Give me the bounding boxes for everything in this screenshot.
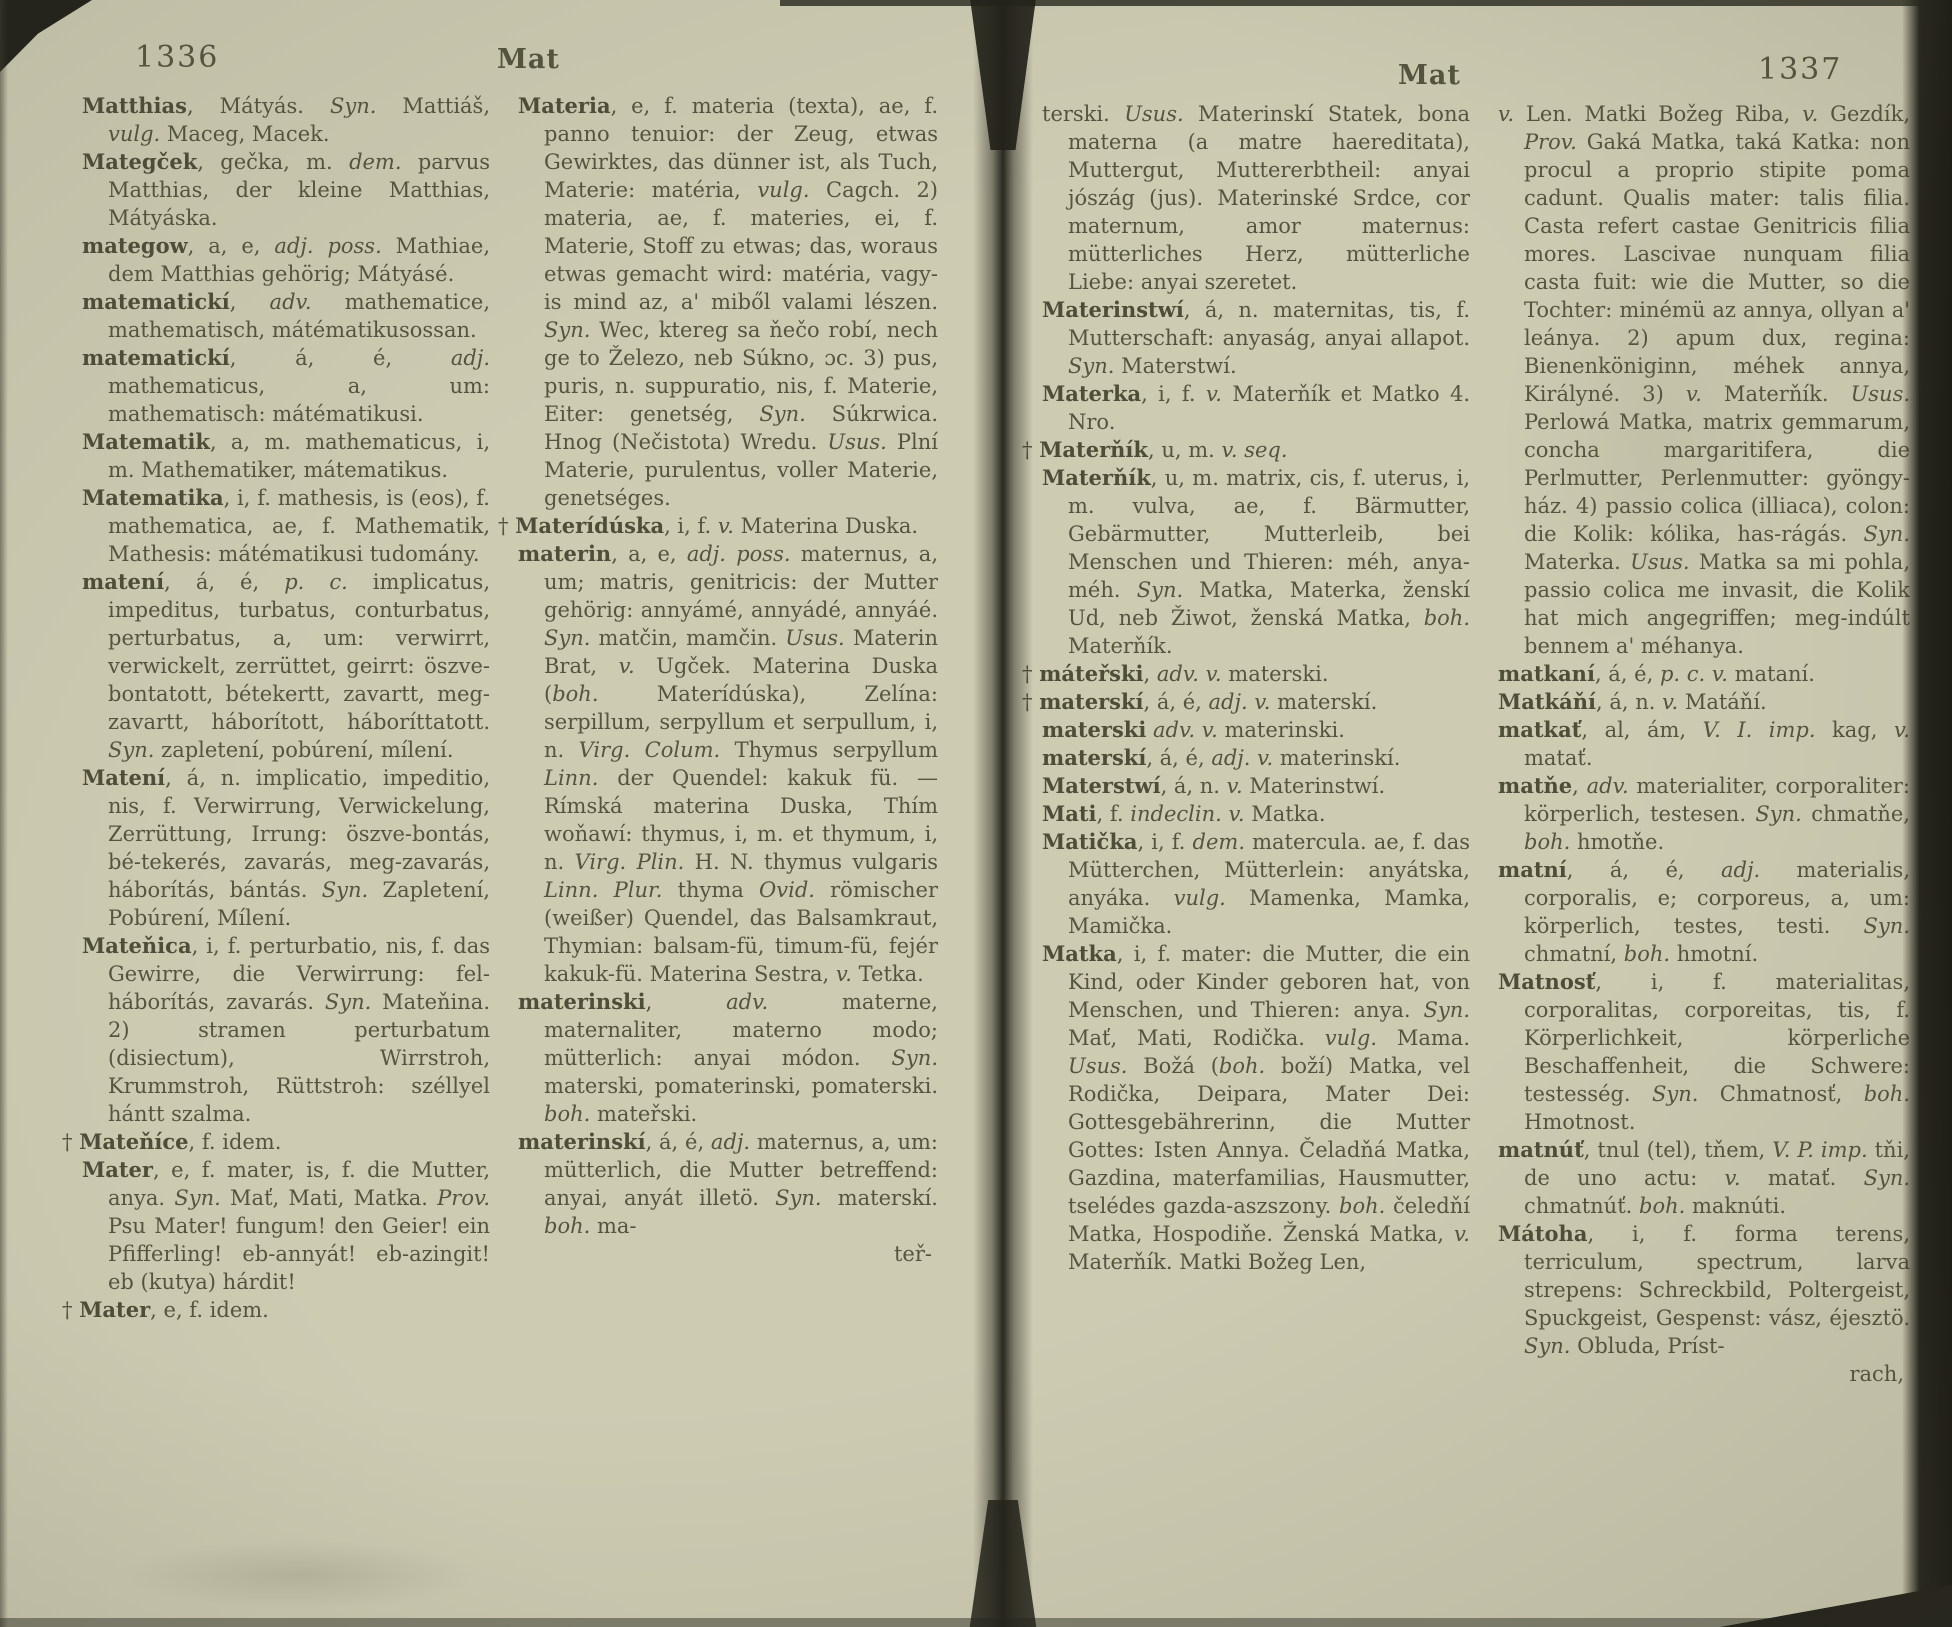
entry-headword: matkať [1498, 717, 1581, 742]
entry-headword: matnúť [1498, 1137, 1584, 1162]
entry-body: , u, m. matrix, cis, f. uterus, i, m. vu… [1068, 466, 1470, 658]
entry-headword: materinski [518, 989, 646, 1014]
dictionary-entry: Matnosť, i, f. materialitas, corporalita… [1498, 968, 1910, 1136]
dictionary-entry: Matička, i, f. dem. matercula. ae, f. da… [1042, 828, 1470, 940]
entry-headword: materinskí [518, 1129, 646, 1154]
entry-headword: materskí [1042, 745, 1146, 770]
dictionary-entry: † Mater, e, f. idem. [82, 1296, 490, 1324]
entry-body: , á, é, adj. v. materinskí. [1146, 746, 1400, 770]
dagger-mark: † [1022, 690, 1039, 714]
entry-body: , u, m. v. seq. [1148, 438, 1288, 462]
dictionary-entry: materin, a, e, adj. poss. maternus, a, u… [518, 540, 938, 988]
dictionary-entry: † máteřski, adv. v. materski. [1042, 660, 1470, 688]
entry-headword: matní [1498, 857, 1567, 882]
running-head-left: Mat [497, 44, 560, 75]
entry-headword: Materka [1042, 381, 1141, 406]
entry-headword: matňe [1498, 773, 1572, 798]
scan-corner-artifact-top-left [0, 0, 100, 80]
entry-continuation: terski. Usus. Materinskí Statek, bona ma… [1042, 100, 1470, 296]
dictionary-entry: matnúť, tnul (tel), tňem, V. P. imp. tňi… [1498, 1136, 1910, 1220]
dictionary-entry: Matka, i, f. mater: die Mutter, die ein … [1042, 940, 1470, 1276]
dictionary-entry: Matthias, Mátyás. Syn. Mattiáš, vulg. Ma… [82, 92, 490, 148]
catchword: rach, [1498, 1360, 1910, 1388]
entry-headword: Materinstwí [1042, 297, 1184, 322]
dictionary-entry: Materia, e, f. materia (texta), ae, f. p… [518, 92, 938, 512]
entry-headword: Materstwí [1042, 773, 1161, 798]
entry-headword: Matematika [82, 485, 224, 510]
entry-headword: Matka [1042, 941, 1117, 966]
entry-body: , adv. v. materski. [1144, 662, 1329, 686]
scan-corner-artifact-bottom-right [1720, 1585, 1952, 1627]
entry-body: , á, é, p. c. v. mataní. [1595, 662, 1815, 686]
entry-continuation: v. Len. Matki Božeg Riba, v. Gezdík, Pro… [1498, 100, 1910, 660]
entry-headword: matematickí [82, 289, 230, 314]
dictionary-entry: Mater, e, f. mater, is, f. die Mutter, a… [82, 1156, 490, 1296]
entry-body: , f. indeclin. v. Matka. [1097, 802, 1326, 826]
dictionary-entry: matkať, al, ám, V. I. imp. kag, v. matať… [1498, 716, 1910, 772]
entry-headword: matení [82, 569, 164, 594]
dictionary-entry: matematickí, adv. mathematice, mathemati… [82, 288, 490, 344]
dictionary-entry: materinskí, á, é, adj. maternus, a, um: … [518, 1128, 938, 1240]
gutter-fold-shadow-top [964, 0, 1042, 150]
entry-headword: Matthias [82, 93, 187, 118]
dictionary-entry: materskí, á, é, adj. v. materinskí. [1042, 744, 1470, 772]
entry-headword: Mater [79, 1297, 150, 1322]
entry-body: , e, f. mater, is, f. die Mutter, anya. … [108, 1158, 490, 1294]
entry-body: , á, é, p. c. implicatus, impeditus, tur… [108, 570, 490, 762]
entry-headword: Matička [1042, 829, 1137, 854]
entry-headword: máteřski [1039, 661, 1143, 686]
entry-headword: Matkáňí [1498, 689, 1596, 714]
column-2: Materia, e, f. materia (texta), ae, f. p… [518, 92, 938, 1268]
scan-edge-bottom [0, 1618, 1952, 1627]
dictionary-entry: Matení, á, n. implicatio, impeditio, nis… [82, 764, 490, 932]
entry-headword: Materňík [1039, 437, 1148, 462]
entry-body: , e, f. materia (texta), ae, f. panno te… [544, 94, 938, 510]
entry-headword: Mategček [82, 149, 197, 174]
entry-headword: Mateňica [82, 933, 192, 958]
entry-body: , i, f. perturbatio, nis, f. das Gewirre… [108, 934, 490, 1126]
dictionary-entry: Materňík, u, m. matrix, cis, f. uterus, … [1042, 464, 1470, 660]
dagger-mark: † [1022, 662, 1039, 686]
dictionary-entry: materski adv. v. materinski. [1042, 716, 1470, 744]
scanned-dictionary-page: 1336 Mat Mat 1337 Matthias, Mátyás. Syn.… [0, 0, 1952, 1627]
dictionary-entry: matení, á, é, p. c. implicatus, impeditu… [82, 568, 490, 764]
entry-body: adv. v. materinski. [1146, 718, 1345, 742]
dictionary-entry: Mategček, gečka, m. dem. parvus Matthias… [82, 148, 490, 232]
dictionary-entry: matňe, adv. materialiter, corporaliter: … [1498, 772, 1910, 856]
dictionary-entry: † materskí, á, é, adj. v. materskí. [1042, 688, 1470, 716]
entry-body: v. Len. Matki Božeg Riba, v. Gezdík, Pro… [1498, 102, 1910, 658]
entry-headword: materski [1042, 717, 1146, 742]
entry-headword: Mateňíce [79, 1129, 188, 1154]
dictionary-entry: Mati, f. indeclin. v. Matka. [1042, 800, 1470, 828]
entry-headword: materin [518, 541, 611, 566]
entry-headword: Matení [82, 765, 165, 790]
entry-headword: Mater [82, 1157, 153, 1182]
entry-body: , al, ám, V. I. imp. kag, v. matať. [1524, 718, 1910, 770]
dictionary-entry: Materstwí, á, n. v. Materinstwí. [1042, 772, 1470, 800]
dictionary-entry: Matematik, a, m. mathematicus, i, m. Mat… [82, 428, 490, 484]
entry-body: , á, é, adj. materialis, corporalis, e; … [1524, 858, 1910, 966]
entry-headword: Matematik [82, 429, 210, 454]
entry-headword: mategow [82, 233, 188, 258]
running-head-right: Mat [1398, 60, 1461, 91]
dictionary-entry: Matkáňí, á, n. v. Matáňí. [1498, 688, 1910, 716]
dictionary-entry: matematickí, á, é, adj. mathematicus, a,… [82, 344, 490, 428]
entry-body: , á, n. v. Matáňí. [1596, 690, 1767, 714]
page-number-right: 1337 [1758, 52, 1842, 87]
dictionary-entry: materinski, adv. materne, maternaliter, … [518, 988, 938, 1128]
dagger-mark: † [498, 514, 515, 538]
entry-body: , á, n. v. Materinstwí. [1161, 774, 1386, 798]
entry-headword: materskí [1039, 689, 1143, 714]
entry-headword: Mati [1042, 801, 1097, 826]
entry-body: , á, é, adj. v. materskí. [1144, 690, 1378, 714]
dictionary-entry: † Mateňíce, f. idem. [82, 1128, 490, 1156]
dictionary-entry: † Materídúska, i, f. v. Materina Duska. [518, 512, 938, 540]
gutter-fold-shadow [973, 0, 1033, 1627]
entry-body: , i, f. v. Materina Duska. [664, 514, 918, 538]
entry-headword: Matnosť [1498, 969, 1595, 994]
entry-body: , f. idem. [189, 1130, 282, 1154]
column-4: v. Len. Matki Božeg Riba, v. Gezdík, Pro… [1498, 100, 1910, 1388]
dictionary-entry: † Materňík, u, m. v. seq. [1042, 436, 1470, 464]
dictionary-entry: Mateňica, i, f. perturbatio, nis, f. das… [82, 932, 490, 1128]
entry-headword: Materia [518, 93, 611, 118]
column-3: terski. Usus. Materinskí Statek, bona ma… [1042, 100, 1470, 1276]
gutter-fold-shadow-bottom [966, 1500, 1040, 1627]
dictionary-entry: matkaní, á, é, p. c. v. mataní. [1498, 660, 1910, 688]
dictionary-entry: Materinstwí, á, n. maternitas, tis, f. M… [1042, 296, 1470, 380]
dictionary-entry: Materka, i, f. v. Materňík et Matko 4. N… [1042, 380, 1470, 436]
entry-body: terski. Usus. Materinskí Statek, bona ma… [1042, 102, 1470, 294]
catchword: teř- [518, 1240, 938, 1268]
dictionary-entry: mategow, a, e, adj. poss. Mathiae, dem M… [82, 232, 490, 288]
entry-body: , i, f. materialitas, corporalitas, corp… [1524, 970, 1910, 1134]
entry-headword: matkaní [1498, 661, 1595, 686]
column-1: Matthias, Mátyás. Syn. Mattiáš, vulg. Ma… [82, 92, 490, 1324]
entry-headword: Materňík [1042, 465, 1151, 490]
dagger-mark: † [62, 1130, 79, 1154]
entry-body: , i, f. mater: die Mutter, die ein Kind,… [1068, 942, 1470, 1274]
page-number-left: 1336 [135, 40, 219, 75]
entry-headword: Mátoha [1498, 1221, 1587, 1246]
entry-body: , á, n. implicatio, impeditio, nis, f. V… [108, 766, 490, 930]
entry-body: , adv. materialiter, corporaliter: körpe… [1524, 774, 1910, 854]
entry-body: , a, e, adj. poss. maternus, a, um; matr… [544, 542, 938, 986]
scan-edge-left [0, 0, 8, 1627]
dictionary-entry: Mátoha, i, f. forma terens, terriculum, … [1498, 1220, 1910, 1360]
dictionary-entry: Matematika, i, f. mathesis, is (eos), f.… [82, 484, 490, 568]
scan-edge-top [780, 0, 1952, 6]
paper-stain [120, 1540, 480, 1610]
entry-body: , e, f. idem. [150, 1298, 269, 1322]
dagger-mark: † [1022, 438, 1039, 462]
dictionary-entry: matní, á, é, adj. materialis, corporalis… [1498, 856, 1910, 968]
entry-headword: Materídúska [515, 513, 664, 538]
dagger-mark: † [62, 1298, 79, 1322]
entry-headword: matematickí [82, 345, 230, 370]
